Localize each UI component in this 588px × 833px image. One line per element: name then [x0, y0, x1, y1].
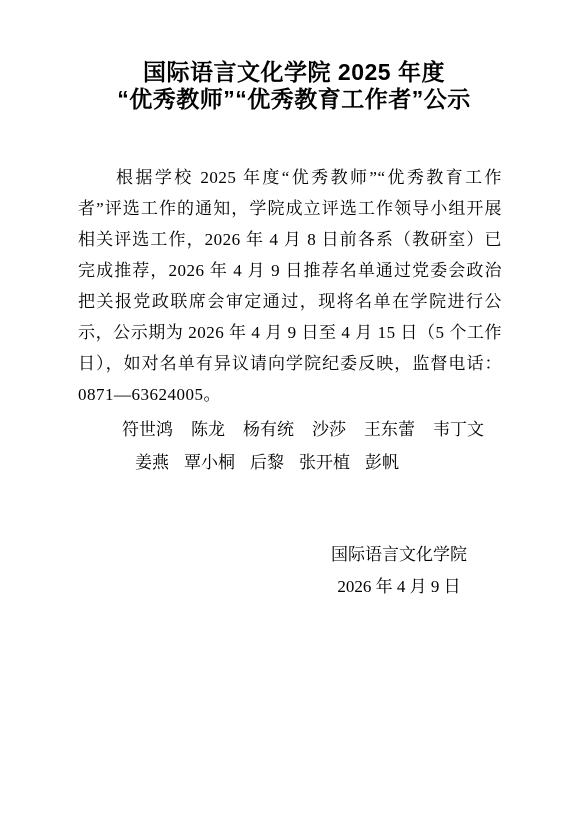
person-name: 覃小桐: [184, 446, 235, 479]
person-name: 韦丁文: [433, 413, 484, 446]
person-name: 彭帆: [365, 446, 399, 479]
title-line-2: “优秀教师”“优秀教育工作者”公示: [0, 86, 588, 113]
person-name: 陈龙: [191, 413, 225, 446]
document-title: 国际语言文化学院 2025 年度 “优秀教师”“优秀教育工作者”公示: [0, 59, 588, 113]
person-name: 沙莎: [312, 413, 346, 446]
announcement-page: 国际语言文化学院 2025 年度 “优秀教师”“优秀教育工作者”公示 根据学校 …: [0, 0, 588, 833]
person-name: 符世鸿: [122, 413, 173, 446]
person-name: 杨有统: [243, 413, 294, 446]
names-row-1: 符世鸿陈龙杨有统沙莎王东蕾韦丁文: [78, 413, 502, 446]
signature-date: 2026 年 4 月 9 日: [288, 571, 510, 603]
title-line-1: 国际语言文化学院 2025 年度: [0, 59, 588, 86]
person-name: 后黎: [250, 446, 284, 479]
signature-organization: 国际语言文化学院: [288, 539, 510, 571]
names-list: 符世鸿陈龙杨有统沙莎王东蕾韦丁文 姜燕覃小桐后黎张开植彭帆: [78, 413, 502, 479]
person-name: 姜燕: [135, 446, 169, 479]
signature-block: 国际语言文化学院 2026 年 4 月 9 日: [288, 539, 510, 603]
person-name: 张开植: [299, 446, 350, 479]
person-name: 王东蕾: [364, 413, 415, 446]
body-paragraph: 根据学校 2025 年度“优秀教师”“优秀教育工作者”评选工作的通知，学院成立评…: [78, 162, 502, 410]
names-row-2: 姜燕覃小桐后黎张开植彭帆: [78, 446, 502, 479]
